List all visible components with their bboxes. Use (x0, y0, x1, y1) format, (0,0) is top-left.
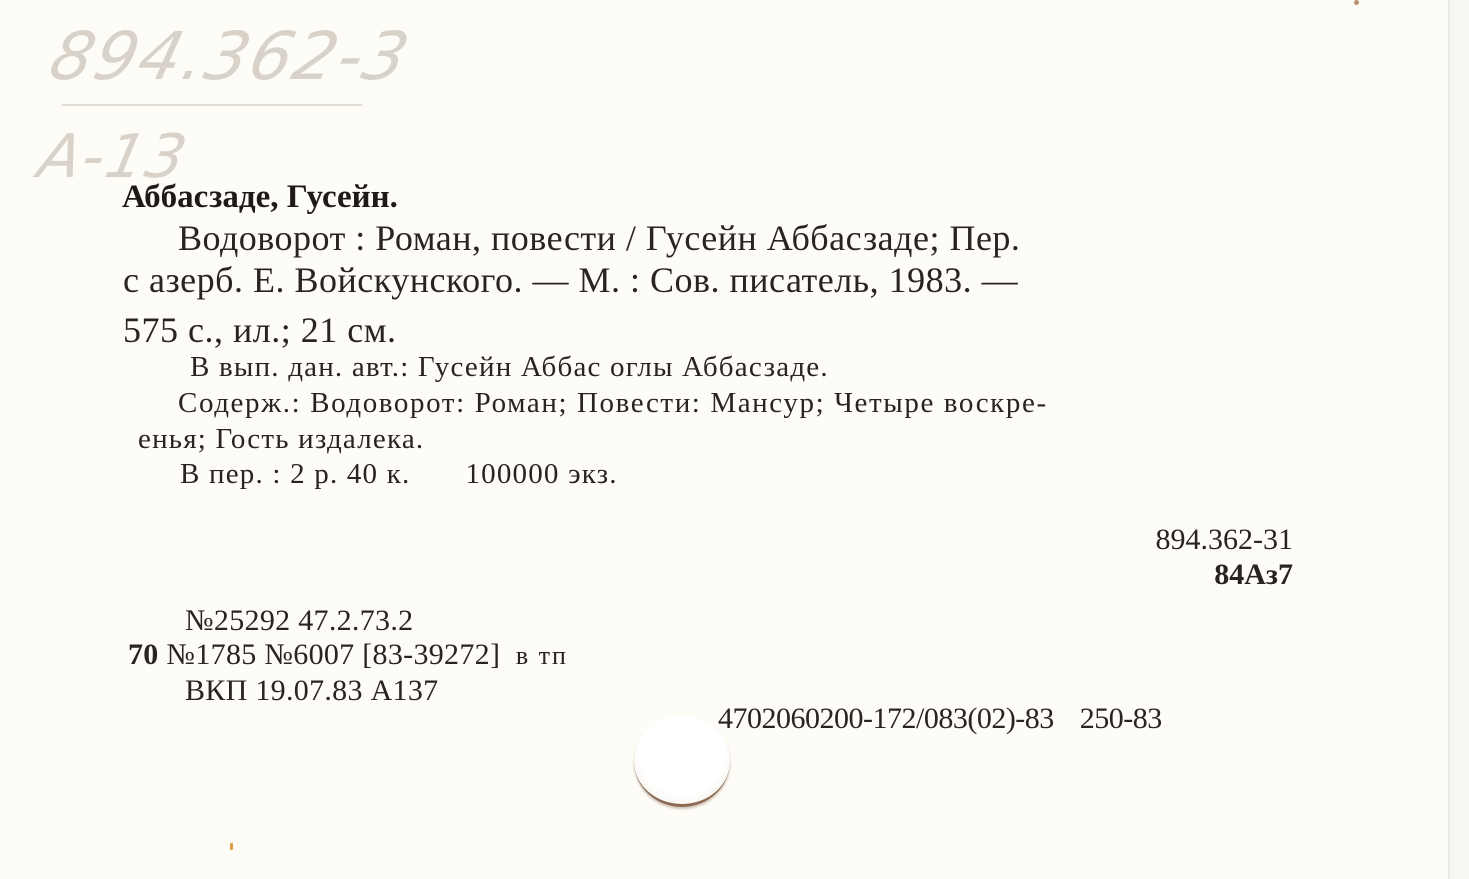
note-author-data: В вып. дан. авт.: Гусейн Аббас оглы Абба… (190, 353, 829, 382)
tech-line-2-suffix: в тп (516, 641, 568, 670)
class-number: 894.362-31 (1156, 525, 1294, 555)
note-contents-line-1: Содерж.: Водоворот: Роман; Повести: Манс… (178, 389, 1048, 418)
note-price: В пер. : 2 р. 40 к. (180, 458, 410, 490)
tech-line-3: ВКП 19.07.83 А137 (185, 676, 438, 706)
description-line-3: 575 с., ил.; 21 см. (123, 312, 396, 348)
stain-mark (1354, 0, 1359, 5)
handwritten-underline (62, 104, 362, 106)
isbn-line: 4702060200-172/083(02)-83250-83 (718, 704, 1162, 734)
tech-line-1: №25292 47.2.73.2 (185, 606, 413, 636)
note-contents-line-2: енья; Гость издалека. (138, 425, 424, 454)
card-heading-author: Аббасзаде, Гусейн. (122, 181, 398, 214)
tech-line-2-main: №1785 №6007 [83-39272] (166, 638, 500, 671)
isbn-number: 250-83 (1080, 702, 1162, 735)
tech-line-2-prefix: 70 (128, 638, 159, 671)
punch-hole (634, 716, 730, 807)
handwritten-shelf-mark: 894.362-3 (42, 18, 418, 95)
tech-line-2: 70 №1785 №6007 [83-39272] в тп (128, 640, 568, 670)
stain-speck (230, 843, 233, 850)
catalog-card: 894.362-3 А-13 Аббасзаде, Гусейн. Водово… (0, 0, 1469, 879)
description-line-2: с азерб. Е. Войскунского. — М. : Сов. пи… (123, 262, 1018, 298)
note-print-run: 100000 экз. (465, 458, 617, 490)
author-sign: 84Аз7 (1214, 560, 1293, 590)
note-price-run: В пер. : 2 р. 40 к.100000 экз. (180, 460, 618, 489)
card-edge (1448, 0, 1469, 879)
description-line-1: Водоворот : Роман, повести / Гусейн Абба… (178, 220, 1020, 256)
isbn-code: 4702060200-172/083(02)-83 (718, 702, 1054, 735)
